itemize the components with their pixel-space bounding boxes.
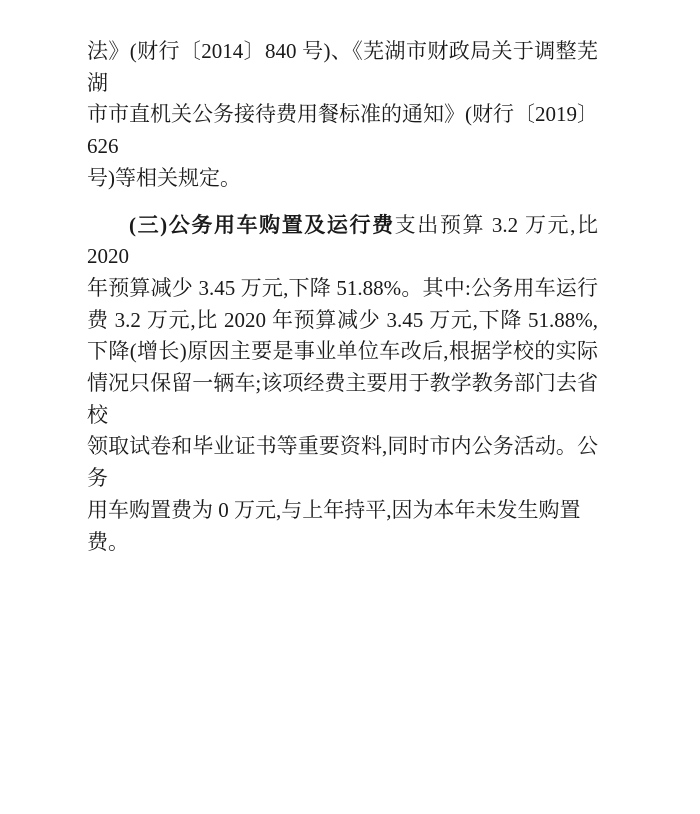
paragraph-regulations: 法》(财行〔2014〕840 号)、《芜湖市财政局关于调整芜湖 市市直机关公务接… — [87, 36, 598, 195]
vehicle-budget-line-3: 费 3.2 万元,比 2020 年预算减少 3.45 万元,下降 51.88%, — [87, 305, 598, 337]
vehicle-budget-line-1: (三)公务用车购置及运行费支出预算 3.2 万元,比 2020 — [87, 210, 598, 273]
vehicle-budget-line-4: 下降(增长)原因主要是事业单位车改后,根据学校的实际 — [87, 336, 598, 368]
regulations-line-3: 号)等相关规定。 — [87, 163, 598, 195]
vehicle-budget-line-7: 用车购置费为 0 万元,与上年持平,因为本年未发生购置费。 — [87, 495, 598, 558]
vehicle-budget-line-5: 情况只保留一辆车;该项经费主要用于教学教务部门去省校 — [87, 368, 598, 431]
regulations-line-1: 法》(财行〔2014〕840 号)、《芜湖市财政局关于调整芜湖 — [87, 36, 598, 99]
document-page: 法》(财行〔2014〕840 号)、《芜湖市财政局关于调整芜湖 市市直机关公务接… — [0, 0, 700, 814]
regulations-line-2: 市市直机关公务接待费用餐标准的通知》(财行〔2019〕626 — [87, 99, 598, 162]
vehicle-budget-line-2: 年预算减少 3.45 万元,下降 51.88%。其中:公务用车运行 — [87, 273, 598, 305]
vehicle-budget-line-6: 领取试卷和毕业证书等重要资料,同时市内公务活动。公务 — [87, 431, 598, 494]
section-heading-vehicle-budget: (三)公务用车购置及运行费 — [129, 213, 395, 237]
document-text-block: 法》(财行〔2014〕840 号)、《芜湖市财政局关于调整芜湖 市市直机关公务接… — [87, 36, 598, 558]
paragraph-vehicle-budget: (三)公务用车购置及运行费支出预算 3.2 万元,比 2020 年预算减少 3.… — [87, 210, 598, 559]
